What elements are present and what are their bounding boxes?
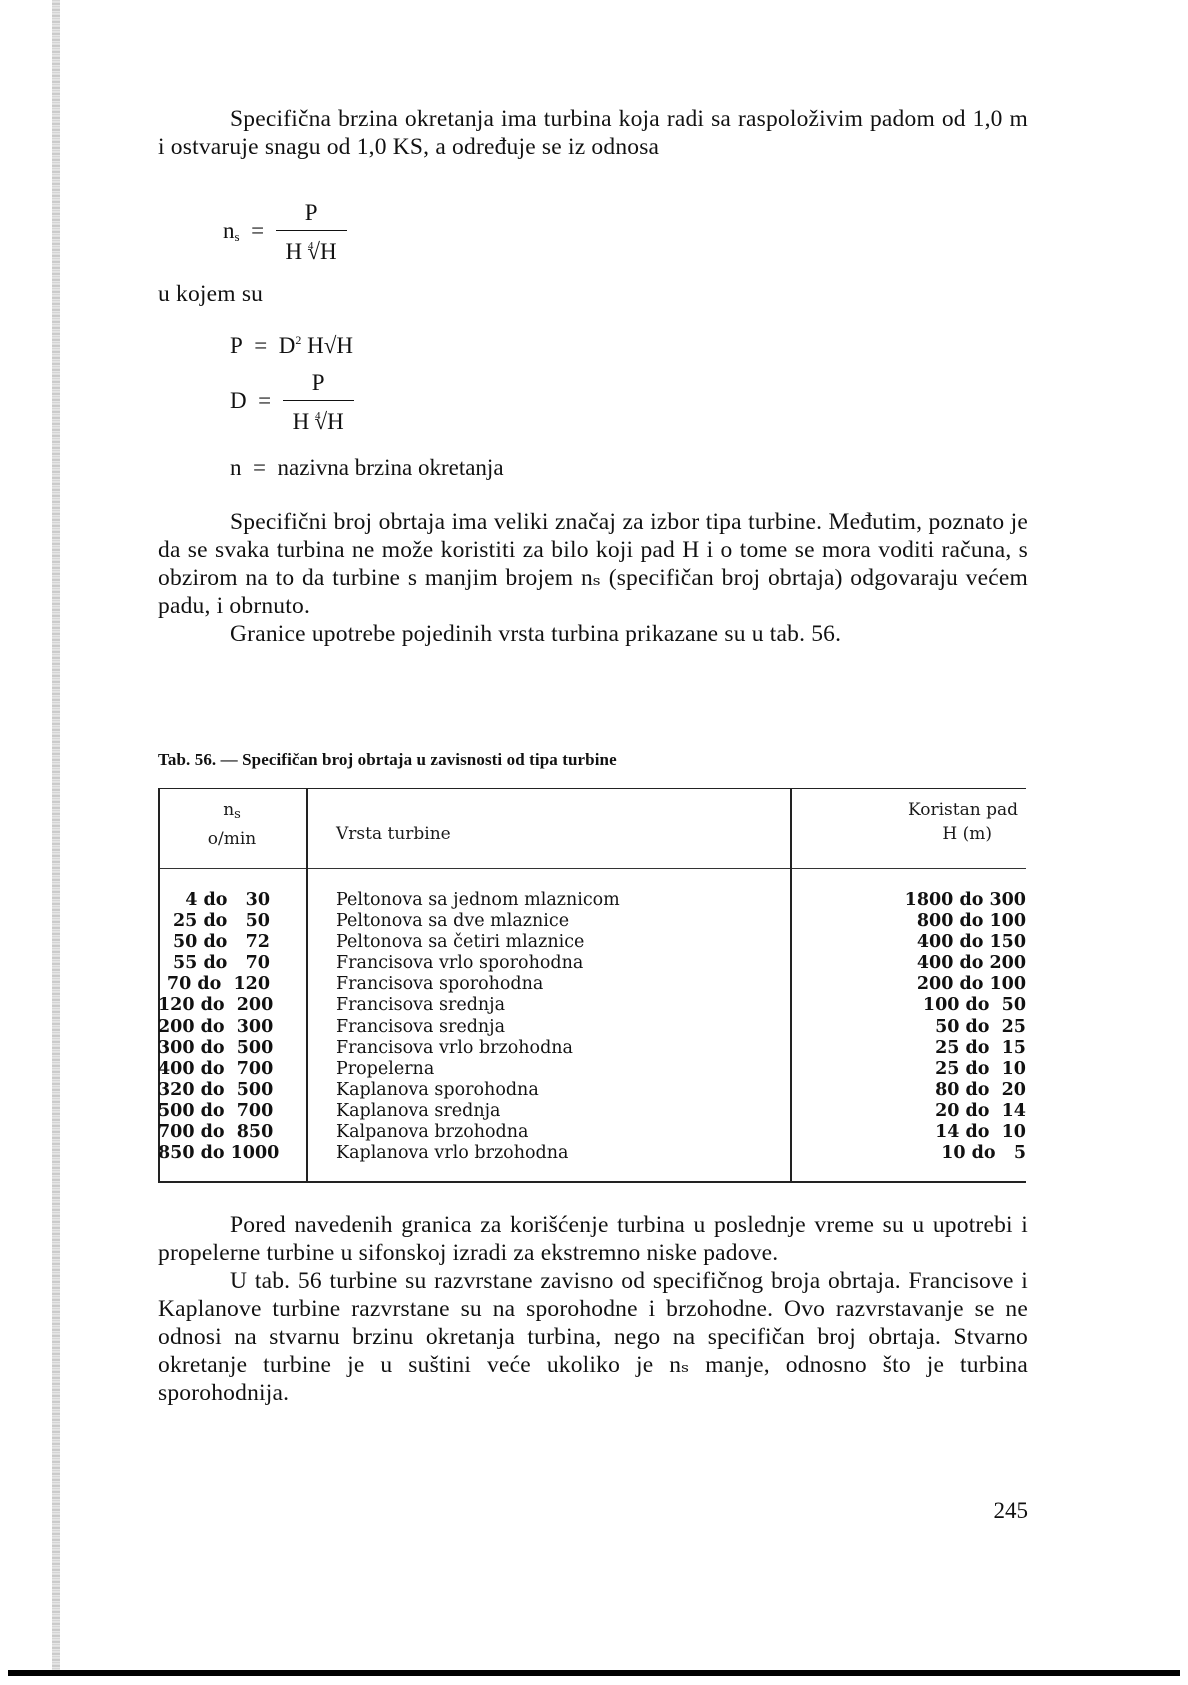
table-row: 70 do 120Francisova sporohodna200 do 100 (158, 974, 1026, 995)
where-label: u kojem su (158, 280, 263, 308)
table-row: 4 do 30Peltonova sa jednom mlaznicom1800… (158, 890, 1026, 911)
table-row: 500 do 700Kaplanova srednja20 do 14 (158, 1101, 1026, 1122)
ns-cell: 70 do 120 (158, 974, 270, 995)
head-cell: 1800 do 300 (826, 890, 1026, 911)
head-cell: 80 do 20 (826, 1080, 1026, 1101)
intro-paragraph: Specifična brzina okretanja ima turbina … (158, 105, 1028, 161)
head-cell: 200 do 100 (826, 974, 1026, 995)
header-type: Vrsta turbine (336, 822, 451, 846)
type-cell: Francisova srednja (336, 1017, 505, 1038)
table-row: 55 do 70Francisova vrlo sporohodna400 do… (158, 953, 1026, 974)
head-cell: 14 do 10 (826, 1122, 1026, 1143)
turbine-table: ns o/min Vrsta turbine Koristan pad H (m… (158, 788, 1026, 1183)
formula-p: P = D2 H√H (230, 327, 353, 359)
type-cell: Kaplanova sporohodna (336, 1080, 539, 1101)
head-cell: 800 do 100 (826, 911, 1026, 932)
formula-n: n = nazivna brzina okretanja (230, 455, 504, 481)
table-row: 320 do 500Kaplanova sporohodna80 do 20 (158, 1080, 1026, 1101)
table-header-rule (158, 868, 1026, 869)
head-cell: 10 do 5 (826, 1143, 1026, 1164)
head-cell: 100 do 50 (826, 995, 1026, 1016)
table-top-rule (158, 788, 1026, 789)
type-cell: Francisova vrlo brzohodna (336, 1038, 573, 1059)
table-caption: Tab. 56. — Specifičan broj obrtaja u zav… (158, 750, 617, 770)
table-row: 200 do 300Francisova srednja50 do 25 (158, 1017, 1026, 1038)
type-cell: Kaplanova srednja (336, 1101, 500, 1122)
after-paragraph-1: Pored navedenih granica za korišćenje tu… (158, 1211, 1028, 1267)
table-row: 300 do 500Francisova vrlo brzohodna25 do… (158, 1038, 1026, 1059)
type-cell: Peltonova sa jednom mlaznicom (336, 890, 620, 911)
ns-cell: 200 do 300 (158, 1017, 270, 1038)
ns-cell: 55 do 70 (158, 953, 270, 974)
type-cell: Peltonova sa dve mlaznice (336, 911, 569, 932)
ns-cell: 25 do 50 (158, 911, 270, 932)
table-row: 850 do 1000Kaplanova vrlo brzohodna10 do… (158, 1143, 1026, 1164)
ns-cell: 120 do 200 (158, 995, 270, 1016)
formula-d: D = P H 4√H (230, 370, 354, 435)
type-cell: Francisova sporohodna (336, 974, 543, 995)
scan-edge-artifact (52, 0, 60, 1670)
ns-cell: 300 do 500 (158, 1038, 270, 1059)
head-cell: 25 do 15 (826, 1038, 1026, 1059)
table-row: 400 do 700Propelerna25 do 10 (158, 1059, 1026, 1080)
table-row: 50 do 72Peltonova sa četiri mlaznice400 … (158, 932, 1026, 953)
body-paragraph-2: Granice upotrebe pojedinih vrsta turbina… (158, 620, 1028, 648)
body-text: Specifični broj obrtaja ima veliki znača… (158, 508, 1028, 648)
ns-cell: 50 do 72 (158, 932, 270, 953)
type-cell: Francisova vrlo sporohodna (336, 953, 583, 974)
table-row: 25 do 50Peltonova sa dve mlaznice800 do … (158, 911, 1026, 932)
after-paragraph-2: U tab. 56 turbine su razvrstane zavisno … (158, 1267, 1028, 1407)
head-cell: 400 do 150 (826, 932, 1026, 953)
formula-ns: ns = P H 4√H (223, 200, 347, 265)
ns-cell: 400 do 700 (158, 1059, 270, 1080)
body-paragraph-1: Specifični broj obrtaja ima veliki znača… (158, 508, 1028, 620)
ns-cell: 320 do 500 (158, 1080, 270, 1101)
type-cell: Kaplanova vrlo brzohodna (336, 1143, 568, 1164)
page-number: 245 (994, 1498, 1029, 1524)
table-body: 4 do 30Peltonova sa jednom mlaznicom1800… (158, 890, 1026, 1164)
header-head: Koristan pad H (m) (790, 798, 1026, 846)
head-cell: 50 do 25 (826, 1017, 1026, 1038)
type-cell: Kalpanova brzohodna (336, 1122, 528, 1143)
type-cell: Francisova srednja (336, 995, 505, 1016)
after-table-text: Pored navedenih granica za korišćenje tu… (158, 1211, 1028, 1407)
table-row: 700 do 850Kalpanova brzohodna14 do 10 (158, 1122, 1026, 1143)
head-cell: 400 do 200 (826, 953, 1026, 974)
type-cell: Propelerna (336, 1059, 434, 1080)
scan-bottom-edge (8, 1670, 1180, 1676)
header-ns: ns o/min (158, 798, 306, 851)
head-cell: 25 do 10 (826, 1059, 1026, 1080)
ns-cell: 850 do 1000 (158, 1143, 270, 1164)
ns-cell: 4 do 30 (158, 890, 270, 911)
type-cell: Peltonova sa četiri mlaznice (336, 932, 584, 953)
table-row: 120 do 200Francisova srednja100 do 50 (158, 995, 1026, 1016)
ns-cell: 700 do 850 (158, 1122, 270, 1143)
ns-cell: 500 do 700 (158, 1101, 270, 1122)
table-bottom-rule (158, 1181, 1026, 1183)
head-cell: 20 do 14 (826, 1101, 1026, 1122)
